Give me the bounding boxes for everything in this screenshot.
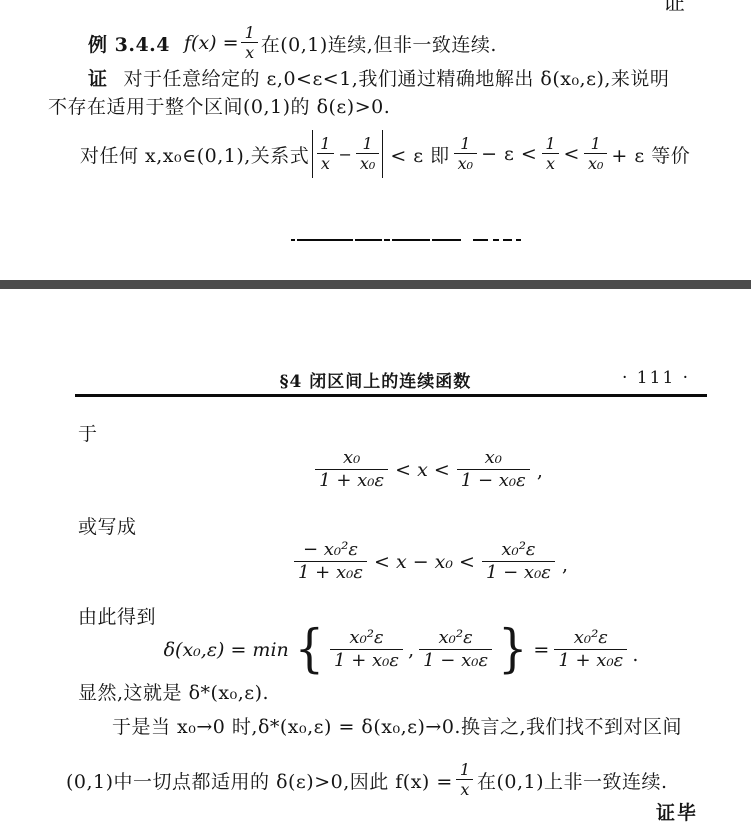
- fraction-1-over-x: 1 x: [541, 135, 559, 174]
- fraction-numerator: x₀: [481, 448, 506, 469]
- fraction-numerator: 1: [456, 761, 474, 779]
- fraction-denominator: x₀: [356, 153, 379, 173]
- delta-min-lhs: δ(x₀,ε) = min: [164, 639, 289, 661]
- page-number: · 111 ·: [622, 368, 690, 388]
- fraction-denominator: 1 + x₀ε: [554, 649, 627, 672]
- fraction-denominator: x₀: [584, 153, 607, 173]
- fraction-one-over-x: 1 x: [241, 24, 259, 63]
- fraction-numerator: 1: [456, 135, 474, 153]
- fraction-x0sq-e-over-1-plus: x₀²ε 1 + x₀ε: [330, 628, 403, 671]
- fraction-numerator: 1: [541, 135, 559, 153]
- textbook-scan-page: 证 | 例 3.4.4 f(x) = 1 x 在(0,1)连续,但非一致连续. …: [0, 0, 751, 823]
- proof-first-line: 证 对于任意给定的 ε,0<ε<1,我们通过精确地解出 δ(x₀,ε),来说明: [88, 64, 669, 91]
- relation-pre-text: 对任何 x,x₀∈(0,1),关系式: [80, 141, 309, 168]
- display-formula-1: x₀ 1 + x₀ε < x < x₀ 1 − x₀ε ,: [113, 444, 745, 496]
- fraction-numerator: 1: [316, 135, 334, 153]
- clipped-header-fragment: 证 |: [663, 0, 723, 11]
- fraction-denominator: 1 − x₀ε: [419, 649, 492, 672]
- fraction-one-over-x: 1 x: [456, 761, 474, 800]
- fraction-numerator: 1: [587, 135, 605, 153]
- fraction-denominator: 1 − x₀ε: [482, 561, 555, 584]
- fraction-x0-over-1-minus-x0e: x₀ 1 − x₀ε: [457, 448, 530, 491]
- proof-second-line: 不存在适用于整个区间(0,1)的 δ(ε)>0.: [48, 92, 390, 119]
- fraction-numerator: 1: [359, 135, 377, 153]
- fraction-neg-x0sq-e: − x₀²ε 1 + x₀ε: [294, 540, 367, 583]
- fraction-x0-over-1-plus-x0e: x₀ 1 + x₀ε: [315, 448, 388, 491]
- fraction-denominator: 1 + x₀ε: [315, 469, 388, 492]
- limit-argument-line: 于是当 x₀→0 时,δ*(x₀,ε) = δ(x₀,ε)→0.换言之,我们找不…: [112, 712, 682, 739]
- fraction-numerator: x₀²ε: [434, 628, 476, 649]
- trailing-comma: ,: [562, 554, 568, 590]
- fraction-1-over-x: 1 x: [316, 135, 334, 174]
- scan-page-divider-bar: [0, 280, 751, 289]
- fraction-denominator: 1 + x₀ε: [330, 649, 403, 672]
- relation-line: 对任何 x,x₀∈(0,1),关系式 1 x − 1 x₀ < ε 即 1 x₀…: [80, 126, 690, 182]
- fraction-1-over-x0: 1 x₀: [356, 135, 379, 174]
- obviously-line: 显然,这就是 δ*(x₀,ε).: [78, 678, 269, 705]
- fraction-numerator: − x₀²ε: [299, 540, 362, 561]
- right-brace: }: [497, 622, 528, 674]
- fraction-denominator: x: [241, 42, 258, 62]
- conclusion-line: (0,1)中一切点都适用的 δ(ε)>0,因此 f(x) = 1 x 在(0,1…: [66, 758, 668, 802]
- trailing-period: .: [632, 644, 638, 680]
- example-statement-text: 在(0,1)连续,但非一致连续.: [261, 30, 497, 57]
- inequality-middle: < x − x₀ <: [374, 551, 475, 573]
- fraction-x0sq-e: x₀²ε 1 − x₀ε: [482, 540, 555, 583]
- qed-label: 证毕: [656, 798, 698, 823]
- conclusion-pre-text: (0,1)中一切点都适用的 δ(ε)>0,因此 f(x) =: [66, 767, 453, 794]
- fraction-denominator: x: [456, 779, 473, 799]
- display-formula-2: − x₀²ε 1 + x₀ε < x − x₀ < x₀²ε 1 − x₀ε ,: [115, 534, 747, 590]
- header-rule: [75, 394, 707, 397]
- trailing-comma: ,: [537, 460, 543, 496]
- fraction-denominator: x: [317, 153, 334, 173]
- minus-operator: −: [338, 145, 351, 164]
- absolute-value-bar-right: [382, 130, 383, 178]
- conclusion-post-text: 在(0,1)上非一致连续.: [477, 767, 668, 794]
- less-than-operator: <: [564, 143, 580, 165]
- fraction-denominator: x: [542, 153, 559, 173]
- display-formula-3: δ(x₀,ε) = min { x₀²ε 1 + x₀ε , x₀²ε 1 − …: [85, 620, 717, 680]
- relation-tail-text: + ε 等价: [611, 141, 690, 168]
- fraction-numerator: 1: [241, 24, 259, 42]
- separator-scribble-line: [291, 239, 523, 241]
- fraction-1-over-x0: 1 x₀: [584, 135, 607, 174]
- absolute-value-bar-left: [312, 130, 313, 178]
- inequality-middle: < x <: [395, 459, 450, 481]
- fraction-numerator: x₀²ε: [570, 628, 612, 649]
- relation-mid-text: < ε 即: [390, 141, 449, 168]
- fraction-numerator: x₀²ε: [497, 540, 539, 561]
- fraction-denominator: 1 − x₀ε: [457, 469, 530, 492]
- function-expression: f(x) =: [184, 32, 239, 54]
- example-label: 例 3.4.4: [88, 30, 170, 57]
- proof-line1-text: 对于任意给定的 ε,0<ε<1,我们通过精确地解出 δ(x₀,ε),来说明: [124, 64, 670, 91]
- paragraph-lead-yu: 于: [78, 419, 98, 446]
- fraction-x0sq-e-over-1-minus: x₀²ε 1 − x₀ε: [419, 628, 492, 671]
- proof-label: 证: [88, 64, 108, 91]
- fraction-numerator: x₀: [339, 448, 364, 469]
- fraction-numerator: x₀²ε: [345, 628, 387, 649]
- left-brace: {: [294, 622, 325, 674]
- min-args-comma: ,: [408, 639, 414, 661]
- clipped-header-text: 证 |: [663, 0, 723, 11]
- fraction-1-over-x0: 1 x₀: [454, 135, 477, 174]
- equals-operator: =: [533, 639, 549, 661]
- example-statement-line: 例 3.4.4 f(x) = 1 x 在(0,1)连续,但非一致连续.: [88, 20, 497, 66]
- relation-mid2-text: − ε <: [481, 143, 537, 165]
- fraction-result: x₀²ε 1 + x₀ε: [554, 628, 627, 671]
- fraction-denominator: 1 + x₀ε: [294, 561, 367, 584]
- fraction-denominator: x₀: [454, 153, 477, 173]
